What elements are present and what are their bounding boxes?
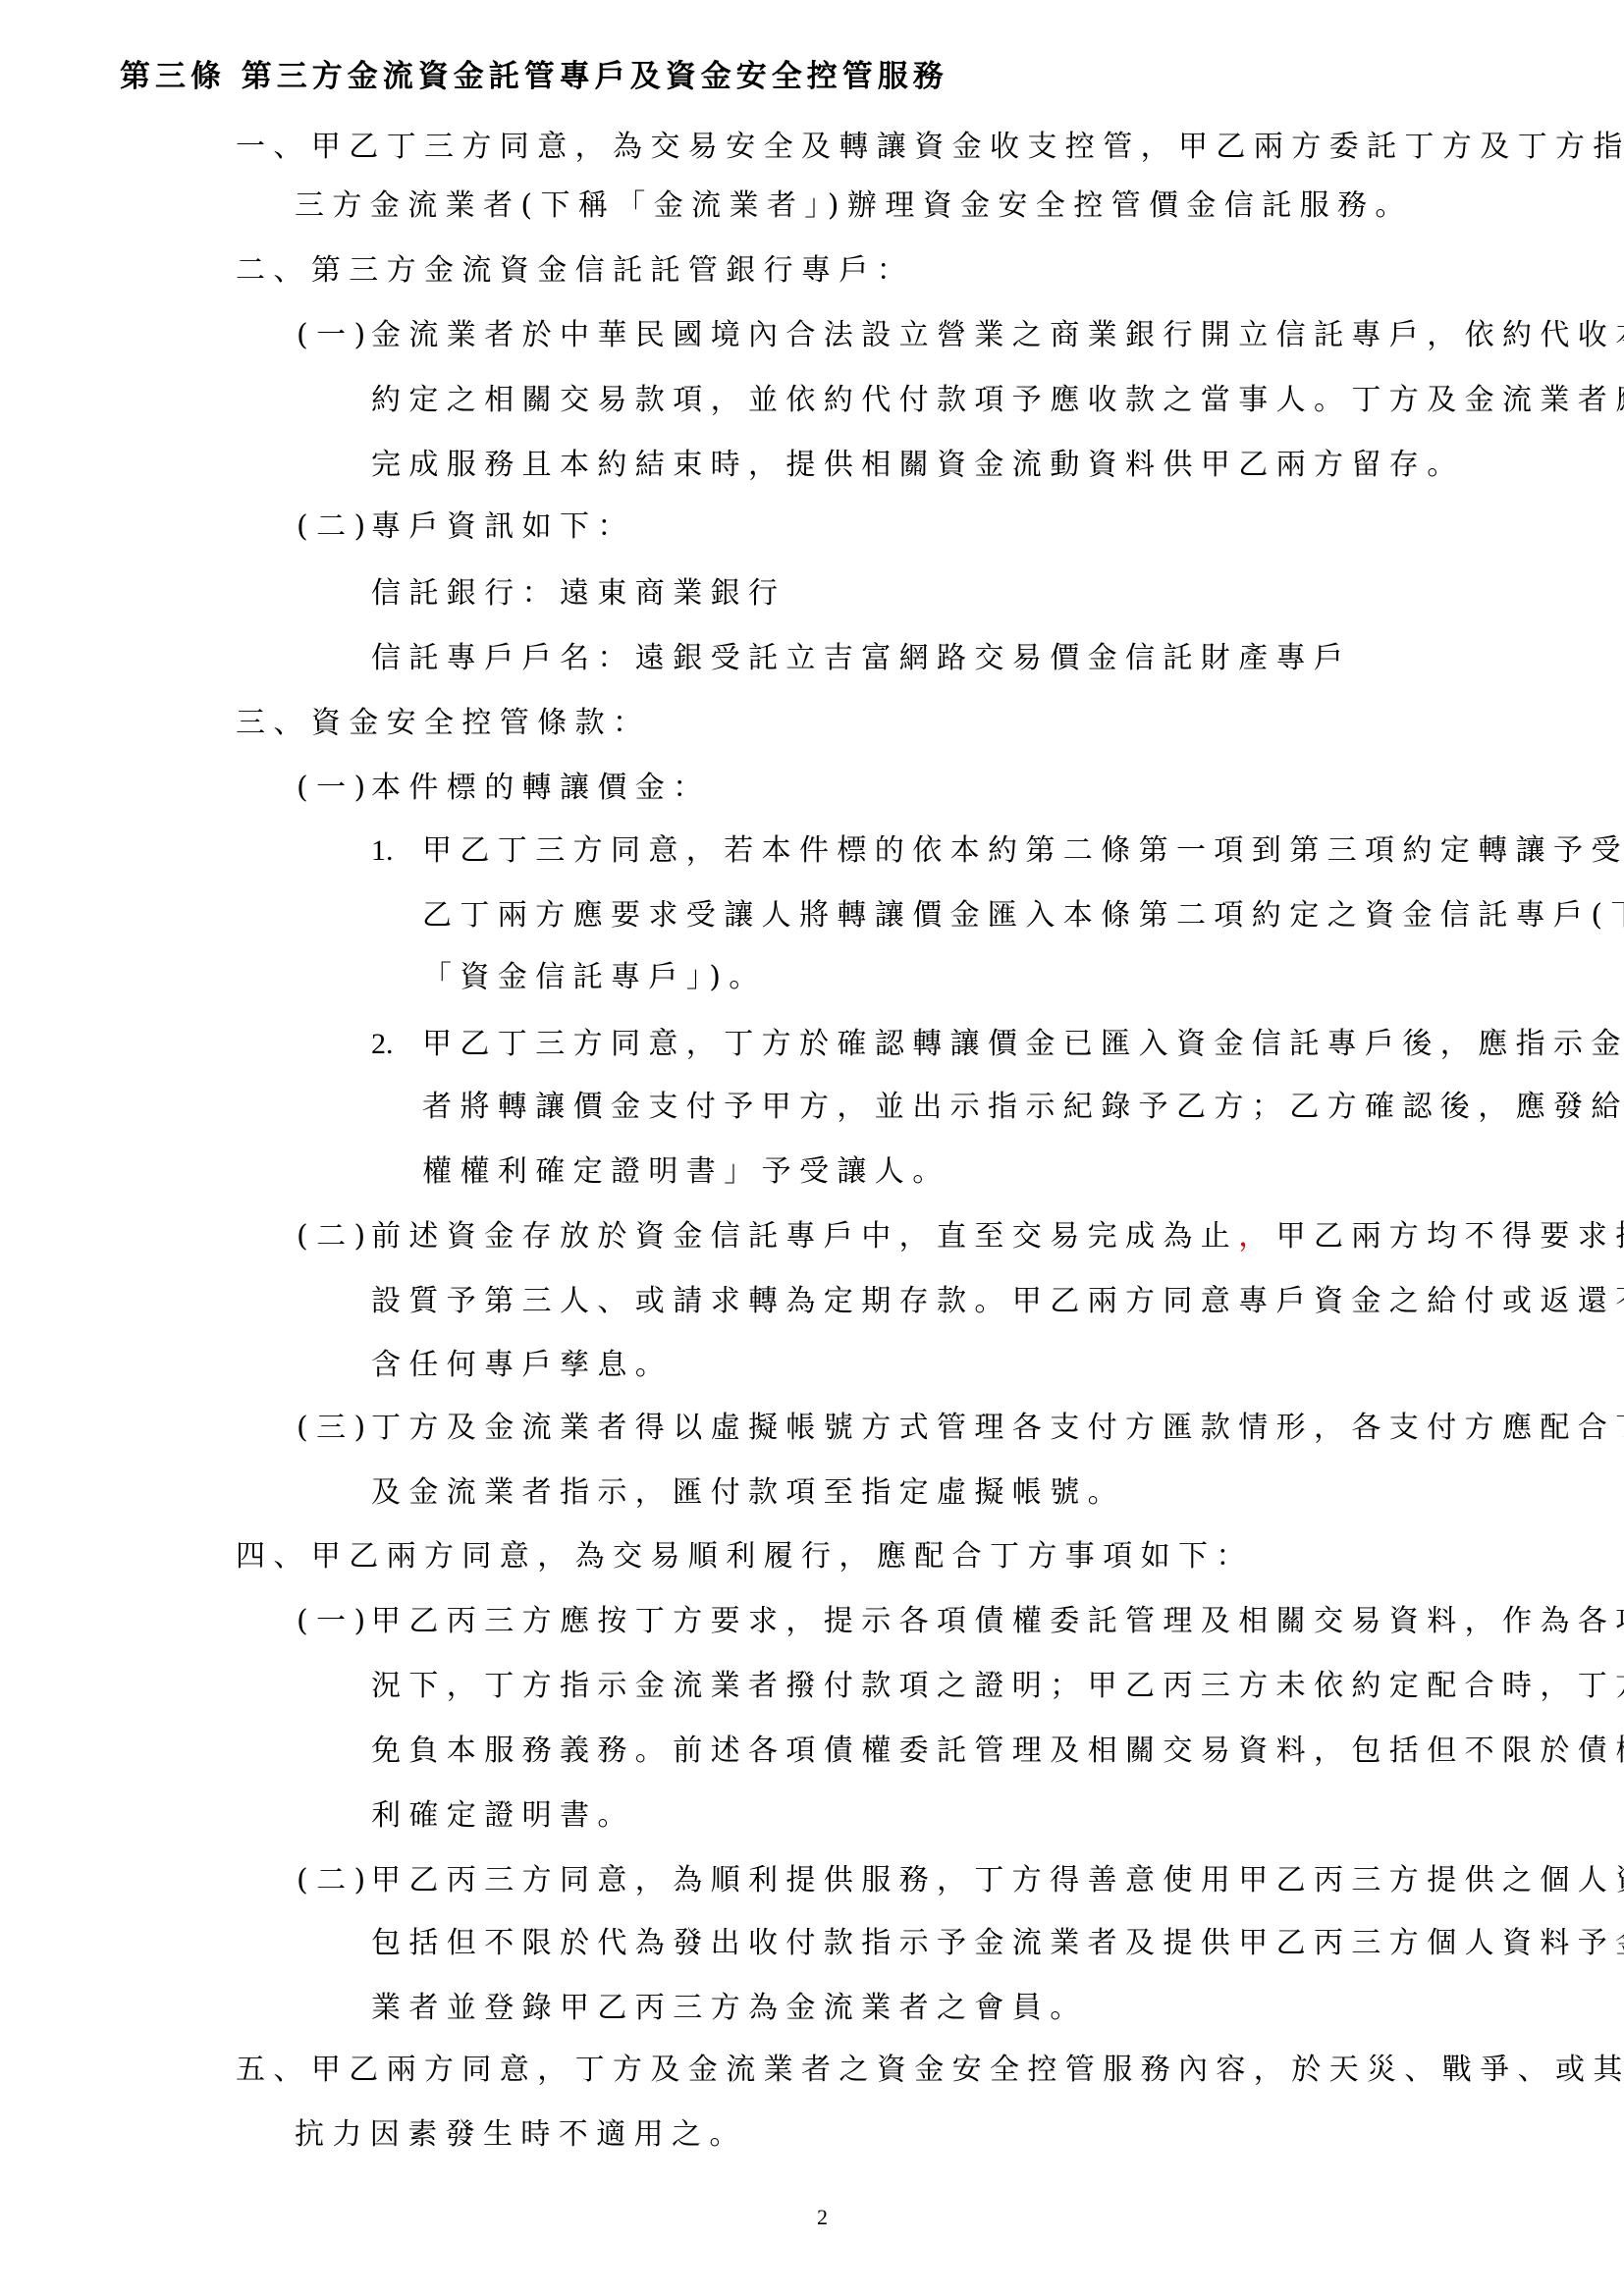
item-text: 甲乙丙三方應按丁方要求，提示各項債權委託管理及相關交易資料，作為各項情 [371,1604,1624,1638]
subitem-text: 甲乙丁三方同意，若本件標的依本約第二條第一項到第三項約定轉讓予受讓人， [422,833,1624,868]
section-5: 五、甲乙兩方同意，丁方及金流業者之資金安全控管服務內容，於天災、戰爭、或其他不可 [236,2051,1624,2090]
section-1: 一、甲乙丁三方同意，為交易安全及轉讓資金收支控管，甲乙兩方委託丁方及丁方指定之第 [236,128,1624,167]
section-2-item-1-line-2: 約定之相關交易款項，並依約代付款項予應收款之當事人。丁方及金流業者應於 [371,381,1624,420]
section-label: 三、 [236,704,311,743]
section-4-item-2: (二)甲乙丙三方同意，為順利提供服務，丁方得善意使用甲乙丙三方提供之個人資料， [297,1861,1624,1900]
item-text: 前述資金存放於資金信託專戶中，直至交易完成為止 [371,1219,1238,1254]
item-label: (二) [297,1217,371,1256]
item-text: 甲乙丙三方同意，為順利提供服務，丁方得善意使用甲乙丙三方提供之個人資料， [371,1863,1624,1897]
trust-account-name: 信託專戶戶名：遠銀受託立吉富網路交易價金信託財產專戶 [371,639,1351,678]
section-4-item-1-line-2: 況下，丁方指示金流業者撥付款項之證明；甲乙丙三方未依約定配合時，丁方得 [371,1667,1624,1706]
section-3-item-3: (三)丁方及金流業者得以虛擬帳號方式管理各支付方匯款情形，各支付方應配合丁方 [297,1409,1624,1448]
section-5-line-2: 抗力因素發生時不適用之。 [295,2115,747,2155]
item-text: 丁方及金流業者得以虛擬帳號方式管理各支付方匯款情形，各支付方應配合丁方 [371,1411,1624,1445]
article-title: 第三條 第三方金流資金託管專戶及資金安全控管服務 [120,57,948,96]
item-label: (二) [297,1861,371,1900]
section-label: 二、 [236,251,311,291]
section-4-item-2-line-3: 業者並登錄甲乙丙三方為金流業者之會員。 [371,1989,1088,2028]
section-4-item-1-line-4: 利確定證明書。 [371,1796,635,1836]
sub-1-line-2: 乙丁兩方應要求受讓人將轉讓價金匯入本條第二項約定之資金信託專戶(下稱 [422,896,1624,935]
section-2-item-1-line-3: 完成服務且本約結束時，提供相關資金流動資料供甲乙兩方留存。 [371,446,1465,485]
section-label: 四、 [236,1537,311,1576]
section-3-item-1-sub-2: 2.甲乙丁三方同意，丁方於確認轉讓價金已匯入資金信託專戶後，應指示金流業 [371,1025,1624,1064]
item-label: (一) [297,769,371,808]
section-4: 四、甲乙兩方同意，為交易順利履行，應配合丁方事項如下： [236,1537,1254,1576]
item-label: (二) [297,507,371,547]
section-label: 一、 [236,128,311,167]
section-2-item-1: (一)金流業者於中華民國境內合法設立營業之商業銀行開立信託專戶，依約代收本約 [297,316,1624,355]
section-3-item-2-line-3: 含任何專戶孳息。 [371,1346,673,1385]
section-4-item-1-line-3: 免負本服務義務。前述各項債權委託管理及相關交易資料，包括但不限於債權權 [371,1732,1624,1771]
subitem-text: 甲乙丁三方同意，丁方於確認轉讓價金已匯入資金信託專戶後，應指示金流業 [422,1027,1624,1061]
section-text: 甲乙丁三方同意，為交易安全及轉讓資金收支控管，甲乙兩方委託丁方及丁方指定之第 [311,130,1624,164]
section-3-item-1: (一)本件標的轉讓價金： [297,769,711,808]
item-text: 專戶資訊如下： [371,509,635,544]
section-label: 五、 [236,2051,311,2090]
section-3-item-2-line-2: 設質予第三人、或請求轉為定期存款。甲乙兩方同意專戶資金之給付或返還不包 [371,1282,1624,1321]
section-3: 三、資金安全控管條款： [236,704,650,743]
section-text: 資金安全控管條款： [311,706,651,740]
subitem-label: 1. [371,831,422,871]
sub-2-line-2: 者將轉讓價金支付予甲方，並出示指示紀錄予乙方；乙方確認後，應發給「債 [422,1088,1624,1127]
item-text: 金流業者於中華民國境內合法設立營業之商業銀行開立信託專戶，依約代收本約 [371,318,1624,352]
section-text: 第三方金流資金信託託管銀行專戶： [311,253,914,288]
section-4-item-1: (一)甲乙丙三方應按丁方要求，提示各項債權委託管理及相關交易資料，作為各項情 [297,1602,1624,1641]
section-3-item-3-line-2: 及金流業者指示，匯付款項至指定虛擬帳號。 [371,1473,1125,1513]
item-text-cont: 甲乙兩方均不得要求提領、 [1276,1219,1624,1254]
red-comma: ， [1238,1219,1275,1254]
section-4-item-2-line-2: 包括但不限於代為發出收付款指示予金流業者及提供甲乙丙三方個人資料予金流 [371,1924,1624,1963]
section-text: 甲乙兩方同意，丁方及金流業者之資金安全控管服務內容，於天災、戰爭、或其他不可 [311,2053,1624,2087]
page-number: 2 [817,2205,828,2230]
section-text: 甲乙兩方同意，為交易順利履行，應配合丁方事項如下： [311,1539,1254,1574]
item-label: (一) [297,1602,371,1641]
item-label: (三) [297,1409,371,1448]
subitem-label: 2. [371,1025,422,1064]
section-2: 二、第三方金流資金信託託管銀行專戶： [236,251,914,291]
sub-2-line-3: 權權利確定證明書」予受讓人。 [422,1152,950,1192]
section-3-item-2: (二)前述資金存放於資金信託專戶中，直至交易完成為止，甲乙兩方均不得要求提領、 [297,1217,1624,1256]
section-3-item-1-sub-1: 1.甲乙丁三方同意，若本件標的依本約第二條第一項到第三項約定轉讓予受讓人， [371,831,1624,871]
section-2-item-2: (二)專戶資訊如下： [297,507,635,547]
item-label: (一) [297,316,371,355]
item-text: 本件標的轉讓價金： [371,771,711,805]
section-1-line-2: 三方金流業者(下稱「金流業者」)辦理資金安全控管價金信託服務。 [295,187,1413,226]
sub-1-line-3: 「資金信託專戶」)。 [422,958,767,997]
trust-bank: 信託銀行：遠東商業銀行 [371,574,785,614]
